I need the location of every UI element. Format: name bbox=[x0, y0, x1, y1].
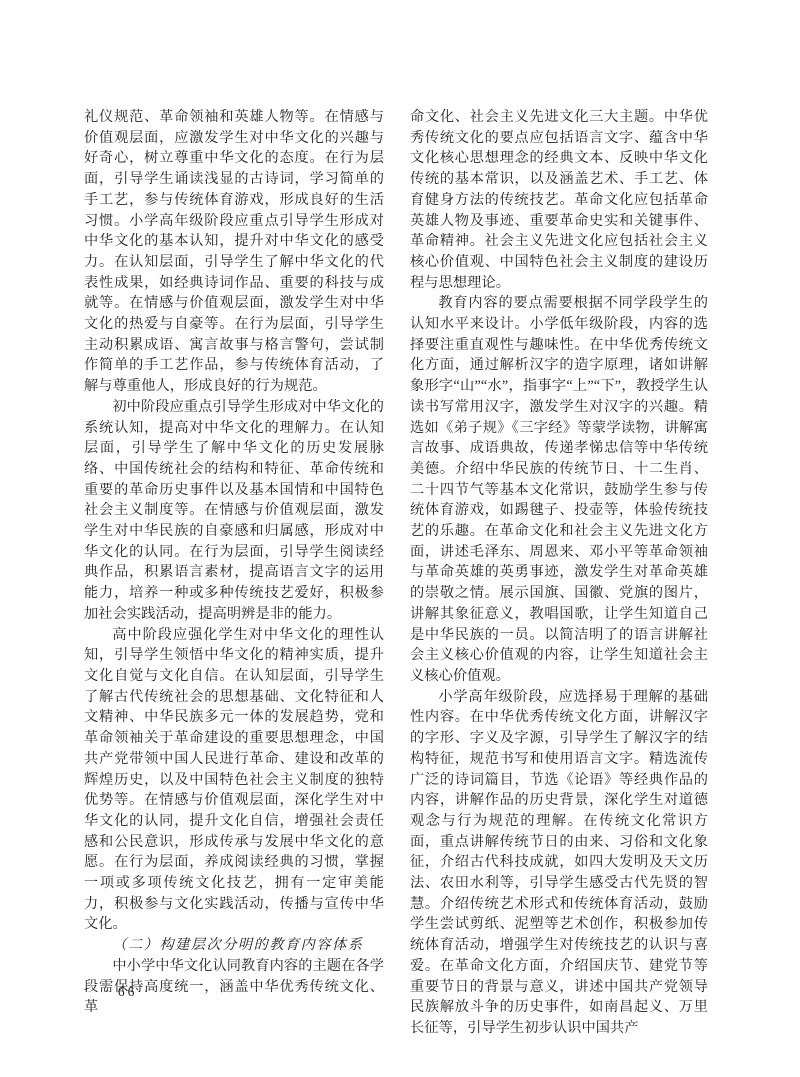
paragraph: 初中阶段应重点引导学生形成对中华文化的系统认知，提高对中华文化的理解力。在认知层… bbox=[84, 397, 384, 625]
paragraph: 高中阶段应强化学生对中华文化的理性认知，引导学生领悟中华文化的精神实质，提升文化… bbox=[84, 625, 384, 936]
paragraph: 小学高年级阶段，应选择易于理解的基础性内容。在中华优秀传统文化方面，讲解汉字的字… bbox=[410, 687, 708, 1039]
section-heading: （二）构建层次分明的教育内容体系 bbox=[84, 935, 384, 956]
left-column: 礼仪规范、革命领袖和英雄人物等。在情感与价值观层面，应激发学生对中华文化的兴趣与… bbox=[84, 107, 384, 1018]
paragraph: 命文化、社会主义先进文化三大主题。中华优秀传统文化的要点应包括语言文字、蕴含中华… bbox=[410, 107, 708, 293]
right-column: 命文化、社会主义先进文化三大主题。中华优秀传统文化的要点应包括语言文字、蕴含中华… bbox=[410, 107, 708, 1039]
document-page: 礼仪规范、革命领袖和英雄人物等。在情感与价值观层面，应激发学生对中华文化的兴趣与… bbox=[0, 0, 800, 1077]
page-number: · 66 · bbox=[104, 984, 151, 1000]
paragraph: 教育内容的要点需要根据不同学段学生的认知水平来设计。小学低年级阶段，内容的选择要… bbox=[410, 293, 708, 686]
paragraph: 礼仪规范、革命领袖和英雄人物等。在情感与价值观层面，应激发学生对中华文化的兴趣与… bbox=[84, 107, 384, 397]
